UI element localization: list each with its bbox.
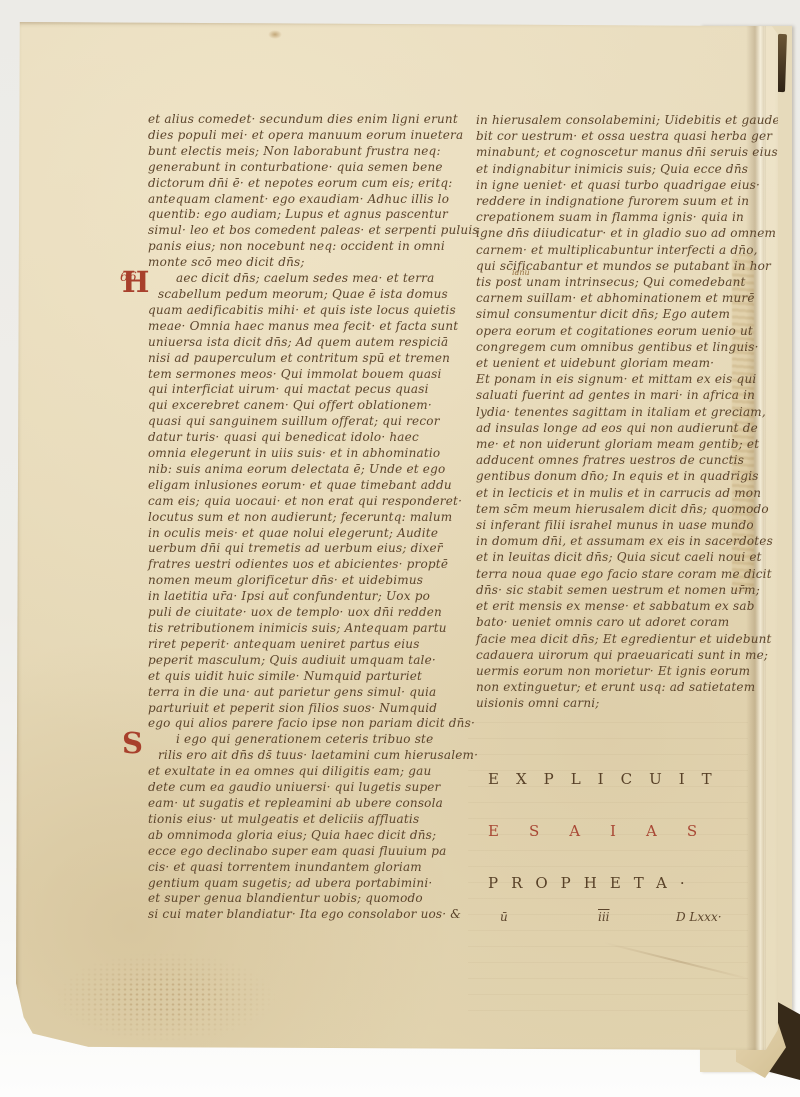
text-line: i ego qui generationem ceteris tribuo st… (148, 732, 496, 748)
book-name-line: ESAIAS (488, 822, 727, 840)
text-line: facie mea dicit dn̄s; Et egredientur et … (476, 631, 776, 647)
text-line: et uenient et uidebunt gloriam meam· (476, 355, 776, 371)
text-line: bit cor uestrum· et ossa uestra quasi he… (476, 128, 776, 144)
text-line: reddere in indignatione furorem suum et … (476, 193, 776, 209)
stichometry-note: ū iii D Lxxx· (488, 910, 728, 926)
text-line: congregem cum omnibus gentibus et lingui… (476, 339, 776, 355)
text-line: saluati fuerint ad gentes in mari· in af… (476, 387, 776, 403)
verso-show-through (468, 722, 748, 1012)
text-line: et in leuitas dicit dn̄s; Quia sicut cae… (476, 549, 776, 565)
text-line: ecce ego declinabo super eam quasi fluui… (148, 844, 496, 860)
text-line: igne dn̄s diiudicatur· et in gladio suo … (476, 225, 776, 241)
text-line: adducent omnes fratres uestros de cuncti… (476, 452, 776, 468)
text-line: panis eius; non nocebunt neq: occident i… (148, 239, 496, 255)
text-line: et alius comedet· secundum dies enim lig… (148, 112, 496, 128)
text-line: rilis ero ait dn̄s ds̄ tuus· laetamini c… (148, 748, 496, 764)
text-line: terra in die una· aut parietur gens simu… (148, 685, 496, 701)
text-line: datur turis· quasi qui benedicat idolo· … (148, 430, 496, 446)
text-line: puli de ciuitate· uox de templo· uox dn̄… (148, 605, 496, 621)
text-line: et super genua blandientur uobis; quomod… (148, 891, 496, 907)
text-line: lydia· tenentes sagittam in italiam et g… (476, 404, 776, 420)
text-line: simul· leo et bos comedent paleas· et se… (148, 223, 496, 239)
rubricated-initial: S (122, 728, 148, 758)
text-line: crepationem suam in flamma ignis· quia i… (476, 209, 776, 225)
text-line: si cui mater blandiatur· Ita ego consola… (148, 907, 496, 923)
text-line: qui excerebret canem· Qui offert oblatio… (148, 398, 496, 414)
text-line: cadauera uirorum qui praeuaricati sunt i… (476, 647, 776, 663)
text-line: uerbum dn̄i qui tremetis ad uerbum eius;… (148, 541, 496, 557)
parchment-stain-top (268, 30, 282, 39)
stichometry-dlxxx: D Lxxx· (676, 910, 722, 924)
text-line: ego qui alios parere facio ipse non pari… (148, 716, 496, 732)
text-line: nisi ad pauperculum et contritum spū et … (148, 351, 496, 367)
text-line: nib: suis anima eorum delectata ē; Unde … (148, 462, 496, 478)
text-line: tis post unam intrinsecus; Qui comedeban… (476, 274, 776, 290)
text-line: generabunt in conturbatione· quia semen … (148, 160, 496, 176)
text-line: carnem· et multiplicabuntur interfecti a… (476, 242, 776, 258)
text-line: uisionis omni carni; (476, 695, 776, 711)
text-line: et in lecticis et in mulis et in carruci… (476, 485, 776, 501)
text-line: minabunt; et cognoscetur manus dn̄i seru… (476, 144, 776, 160)
text-line: locutus sum et non audierunt; feceruntq:… (148, 510, 496, 526)
text-line: bunt electis meis; Non laborabunt frustr… (148, 144, 496, 160)
text-line: quam aedificabitis mihi· et quis iste lo… (148, 303, 496, 319)
text-line: tis retributionem inimicis suis; Antequa… (148, 621, 496, 637)
interlinear-gloss: ianu (512, 265, 530, 281)
text-line: uniuersa ista dicit dn̄s; Ad quem autem … (148, 335, 496, 351)
text-line: nomen meum glorificetur dn̄s· et uidebim… (148, 573, 496, 589)
text-line: bato· ueniet omnis caro ut adoret coram (476, 614, 776, 630)
right-text-column: in hierusalem consolabemini; Uidebitis e… (476, 112, 776, 712)
text-line: qui interficiat uirum· qui mactat pecus … (148, 382, 496, 398)
parchment-speckles (56, 952, 276, 1042)
text-line: cis· et quasi torrentem inundantem glori… (148, 860, 496, 876)
text-line: aec dicit dn̄s; caelum sedes mea· et ter… (148, 271, 496, 287)
rubricated-initial: H (122, 267, 148, 297)
text-line: omnia elegerunt in uiis suis· et in abho… (148, 446, 496, 462)
text-line: in domum dn̄i, et assumam ex eis in sace… (476, 533, 776, 549)
text-line: me· et non uiderunt gloriam meam gentib;… (476, 436, 776, 452)
text-line: in oculis meis· et quae nolui elegerunt;… (148, 526, 496, 542)
text-line: scabellum pedum meorum; Quae ē ista domu… (148, 287, 496, 303)
text-line: fratres uestri odientes uos et abiciente… (148, 557, 496, 573)
text-line: et indignabitur inimicis suis; Quia ecce… (476, 161, 776, 177)
manuscript-folio: 66 et alius comedet· secundum dies enim … (16, 22, 778, 1050)
text-line: simul consumentur dicit dn̄s; Ego autem (476, 306, 776, 322)
text-line: antequam clament· ego exaudiam· Adhuc il… (148, 192, 496, 208)
stichometry-iii: iii (598, 910, 610, 924)
text-line: ab omnimoda gloria eius; Quia haec dicit… (148, 828, 496, 844)
text-line: eligam inlusiones eorum· et quae timeban… (148, 478, 496, 494)
text-line: et quis uidit huic simile· Numquid partu… (148, 669, 496, 685)
text-line: monte scō meo dicit dn̄s; (148, 255, 496, 271)
text-line: uermis eorum non morietur· Et ignis eoru… (476, 663, 776, 679)
text-line: tem sc̄m meum hierusalem dicit dn̄s; quo… (476, 501, 776, 517)
text-line: tem sermones meos· Qui immolat bouem qua… (148, 367, 496, 383)
text-line: carnem suillam· et abhominationem et mur… (476, 290, 776, 306)
text-line: tionis eius· ut mulgeatis et deliciis af… (148, 812, 496, 828)
text-line: et exultate in ea omnes qui diligitis ea… (148, 764, 496, 780)
left-text-column: 66 et alius comedet· secundum dies enim … (148, 112, 496, 923)
text-line: non extinguetur; et erunt usq: ad satiet… (476, 679, 776, 695)
text-line: Et ponam in eis signum· et mittam ex eis… (476, 371, 776, 387)
book-title-line: PROPHETA· (488, 874, 698, 892)
text-line: opera eorum et cogitationes eorum uenio … (476, 323, 776, 339)
text-line: dn̄s· sic stabit semen uestrum et nomen … (476, 582, 776, 598)
text-line: quentib: ego audiam; Lupus et agnus pasc… (148, 207, 496, 223)
text-line: peperit masculum; Quis audiuit umquam ta… (148, 653, 496, 669)
text-line: ad insulas longe ad eos qui non audierun… (476, 420, 776, 436)
text-line: meae· Omnia haec manus mea fecit· et fac… (148, 319, 496, 335)
text-line: parturiuit et peperit sion filios suos· … (148, 701, 496, 717)
text-line: dies populi mei· et opera manuum eorum i… (148, 128, 496, 144)
text-line: dete cum ea gaudio uniuersi· qui lugetis… (148, 780, 496, 796)
text-line: gentibus donum dn̄o; In equis et in quad… (476, 468, 776, 484)
text-line: cam eis; quia uocaui· et non erat qui re… (148, 494, 496, 510)
text-line: et erit mensis ex mense· et sabbatum ex … (476, 598, 776, 614)
text-line: dictorum dn̄i ē· et nepotes eorum cum ei… (148, 176, 496, 192)
stichometry-u: ū (500, 910, 508, 924)
text-line: in laetitia ur̄a· Ipsi aut̄ confundentur… (148, 589, 496, 605)
text-line: in hierusalem consolabemini; Uidebitis e… (476, 112, 776, 128)
text-line: quasi qui sanguinem suillum offerat; qui… (148, 414, 496, 430)
explicit-line: EXPLICUIT (488, 770, 729, 788)
text-line: terra noua quae ego facio stare coram me… (476, 566, 776, 582)
text-line: gentium quam sugetis; ad ubera portabimi… (148, 876, 496, 892)
text-line: in igne ueniet· et quasi turbo quadrigae… (476, 177, 776, 193)
text-line: riret peperit· antequam ueniret partus e… (148, 637, 496, 653)
text-line: si inferant filii israhel munus in uase … (476, 517, 776, 533)
text-line: eam· ut sugatis et repleamini ab ubere c… (148, 796, 496, 812)
